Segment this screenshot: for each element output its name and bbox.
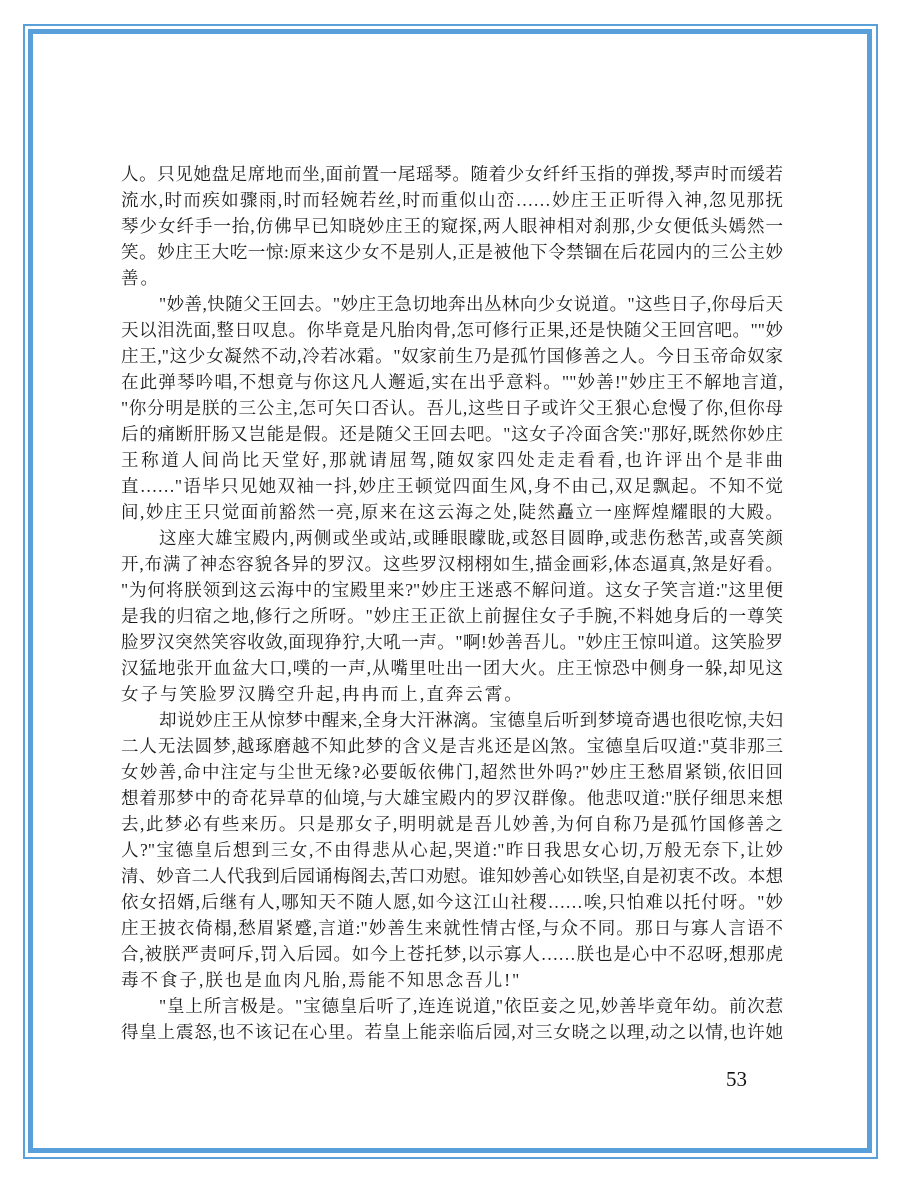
text-line: 女子与笑脸罗汉腾空升起,冉冉而上,直奔云霄。 xyxy=(121,681,783,707)
text-line: 开,布满了神态容貌各异的罗汉。这些罗汉栩栩如生,描金画彩,体态逼真,煞是好看。 xyxy=(121,551,783,577)
text-line: 毒不食子,朕也是血肉凡胎,焉能不知思念吾儿!" xyxy=(121,967,783,993)
text-line: 合,被朕严责呵斥,罚入后园。如今上苍托梦,以示寡人……朕也是心中不忍呀,想那虎 xyxy=(121,941,783,967)
book-page: 人。只见她盘足席地而坐,面前置一尾瑶琴。随着少女纤纤玉指的弹拨,琴声时而缓若流水… xyxy=(0,0,900,1184)
text-line: 汉猛地张开血盆大口,噗的一声,从嘴里吐出一团大火。庄王惊恐中侧身一躲,却见这 xyxy=(121,655,783,681)
text-line: 善。 xyxy=(121,265,783,291)
text-line: 人。只见她盘足席地而坐,面前置一尾瑶琴。随着少女纤纤玉指的弹拨,琴声时而缓若 xyxy=(121,161,783,187)
text-line: 得皇上震怒,也不该记在心里。若皇上能亲临后园,对三女晓之以理,动之以情,也许她 xyxy=(121,1019,783,1045)
page-number: 53 xyxy=(121,1066,747,1092)
text-line: 想着那梦中的奇花异草的仙境,与大雄宝殿内的罗汉群像。他悲叹道:"朕仔细思来想 xyxy=(121,785,783,811)
text-line: 在此弹琴吟唱,不想竟与你这凡人邂逅,实在出乎意料。""妙善!"妙庄王不解地言道, xyxy=(121,369,783,395)
text-line: 人?"宝德皇后想到三女,不由得悲从心起,哭道:"昨日我思女心切,万般无奈下,让妙 xyxy=(121,837,783,863)
text-line: 去,此梦必有些来历。只是那女子,明明就是吾儿妙善,为何自称乃是孤竹国修善之 xyxy=(121,811,783,837)
text-line: 脸罗汉突然笑容收敛,面现狰狞,大吼一声。"啊!妙善吾儿。"妙庄王惊叫道。这笑脸罗 xyxy=(121,629,783,655)
text-line: "皇上所言极是。"宝德皇后听了,连连说道,"依臣妾之见,妙善毕竟年幼。前次惹 xyxy=(121,993,783,1019)
text-line: 二人无法圆梦,越琢磨越不知此梦的含义是吉兆还是凶煞。宝德皇后叹道:"莫非那三 xyxy=(121,733,783,759)
text-line: 这座大雄宝殿内,两侧或坐或站,或睡眼矇眬,或怒目圆睁,或悲伤愁苦,或喜笑颜 xyxy=(121,525,783,551)
text-line: 间,妙庄王只觉面前豁然一亮,原来在这云海之处,陡然矗立一座辉煌耀眼的大殿。 xyxy=(121,499,783,525)
text-line: 琴少女纤手一抬,仿佛早已知晓妙庄王的窥探,两人眼神相对刹那,少女便低头嫣然一 xyxy=(121,213,783,239)
text-line: 却说妙庄王从惊梦中醒来,全身大汗淋漓。宝德皇后听到梦境奇遇也很吃惊,夫妇 xyxy=(121,707,783,733)
text-line: 清、妙音二人代我到后园诵梅阁去,苦口劝慰。谁知妙善心如铁坚,自是初衷不改。本想 xyxy=(121,863,783,889)
text-line: 女妙善,命中注定与尘世无缘?必要皈依佛门,超然世外吗?"妙庄王愁眉紧锁,依旧回 xyxy=(121,759,783,785)
text-line: "为何将朕领到这云海中的宝殿里来?"妙庄王迷惑不解问道。这女子笑言道:"这里便 xyxy=(121,577,783,603)
text-line: 直……"语毕只见她双袖一抖,妙庄王顿觉四面生风,身不由己,双足飘起。不知不觉 xyxy=(121,473,783,499)
text-line: 天以泪洗面,整日叹息。你毕竟是凡胎肉骨,怎可修行正果,还是快随父王回宫吧。""妙 xyxy=(121,317,783,343)
text-line: 流水,时而疾如骤雨,时而轻婉若丝,时而重似山峦……妙庄王正听得入神,忽见那抚 xyxy=(121,187,783,213)
text-line: 庄王披衣倚榻,愁眉紧蹙,言道:"妙善生来就性情古怪,与众不同。那日与寡人言语不 xyxy=(121,915,783,941)
text-line: 后的痛断肝肠又岂能是假。还是随父王回去吧。"这女子冷面含笑:"那好,既然你妙庄 xyxy=(121,421,783,447)
body-text: 人。只见她盘足席地而坐,面前置一尾瑶琴。随着少女纤纤玉指的弹拨,琴声时而缓若流水… xyxy=(121,161,783,1045)
text-line: 笑。妙庄王大吃一惊:原来这少女不是别人,正是被他下令禁锢在后花园内的三公主妙 xyxy=(121,239,783,265)
text-line: 依女招婿,后继有人,哪知天不随人愿,如今这江山社稷……唉,只怕难以托付呀。"妙 xyxy=(121,889,783,915)
text-line: "妙善,快随父王回去。"妙庄王急切地奔出丛林向少女说道。"这些日子,你母后天 xyxy=(121,291,783,317)
text-line: "你分明是朕的三公主,怎可矢口否认。吾儿,这些日子或许父王狠心怠慢了你,但你母 xyxy=(121,395,783,421)
text-line: 是我的归宿之地,修行之所呀。"妙庄王正欲上前握住女子手腕,不料她身后的一尊笑 xyxy=(121,603,783,629)
text-line: 王称道人间尚比天堂好,那就请屈驾,随奴家四处走走看看,也许评出个是非曲 xyxy=(121,447,783,473)
text-line: 庄王,"这少女凝然不动,冷若冰霜。"奴家前生乃是孤竹国修善之人。今日玉帝命奴家 xyxy=(121,343,783,369)
